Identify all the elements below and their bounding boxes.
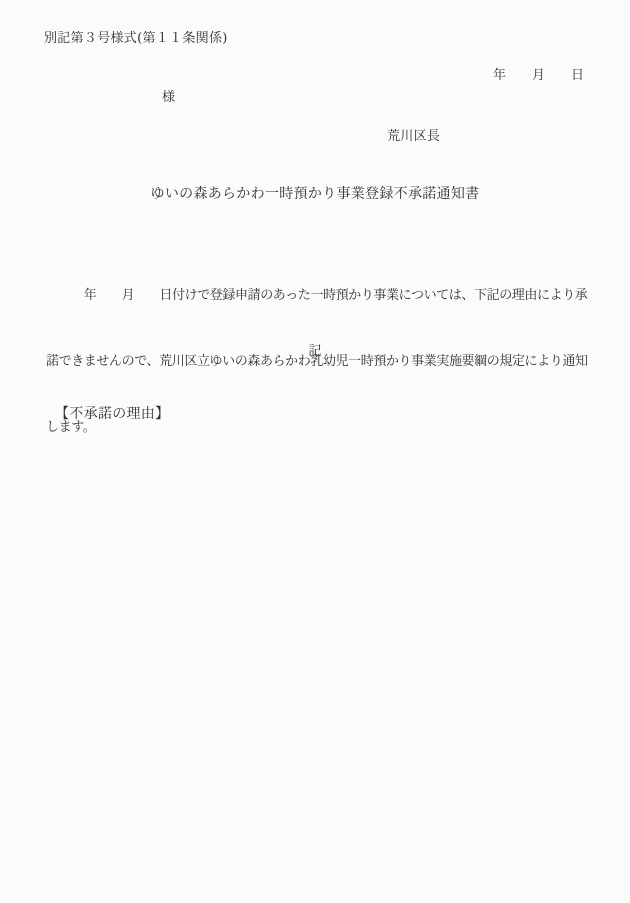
body-line-1: 年 月 日付けで登録申請のあった一時預かり事業については、下記の理由により承 [46, 285, 591, 307]
document-title: ゆいの森あらかわ一時預かり事業登録不承諾通知書 [0, 183, 630, 203]
refusal-reason-heading: 【不承諾の理由】 [55, 403, 169, 423]
addressee-honorific: 様 [162, 86, 175, 105]
document-page: 別記第３号様式(第１１条関係) 年 月 日 様 荒川区長 ゆいの森あらかわ一時預… [0, 0, 630, 903]
form-number: 別記第３号様式(第１１条関係) [44, 27, 228, 46]
issue-date-line: 年 月 日 [493, 64, 584, 83]
record-section-marker: 記 [0, 340, 630, 359]
body-paragraph: 年 月 日付けで登録申請のあった一時預かり事業については、下記の理由により承 諾… [46, 241, 591, 483]
sender-title: 荒川区長 [387, 125, 440, 144]
